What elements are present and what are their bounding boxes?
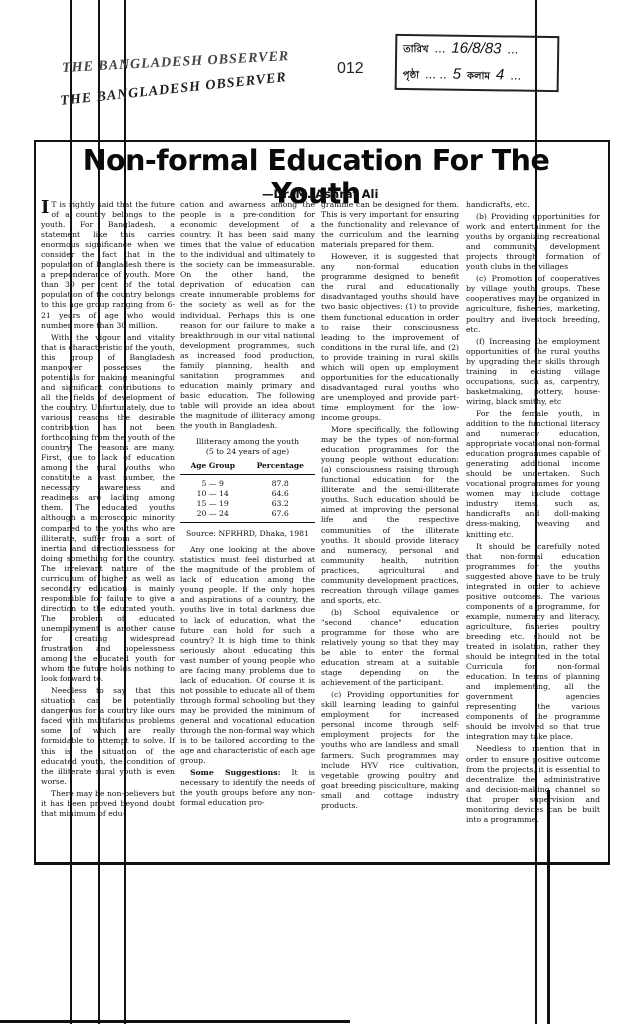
scan-artifact-line [0, 1020, 350, 1023]
drop-cap: I [41, 200, 49, 216]
paragraph: More specifically, the following may be … [321, 425, 459, 606]
table-source: Source: NFRHRD, Dhaka, 1981 [180, 529, 315, 539]
article-column-1: IT is rightly said that the future of a … [41, 200, 175, 821]
table-title: Illiteracy among the youth [180, 437, 315, 447]
table-cell: 64.6 [245, 489, 315, 499]
paragraph: (f) Increasing the employment opportunit… [466, 337, 600, 407]
paragraph: (b) School equivalence or "second chance… [321, 608, 459, 688]
table-row: 5 — 9 87.8 [180, 475, 315, 490]
paragraph: However, it is suggested that any non-fo… [321, 252, 459, 423]
article-byline: —Dr. M. Ashraf Ali [262, 187, 378, 201]
table-cell: 87.8 [245, 475, 315, 490]
column-value: 4 [496, 66, 505, 83]
paragraph: handicrafts, etc. [466, 200, 600, 210]
paragraph: It should be carefully noted that non-fo… [466, 542, 600, 743]
table-row: 15 — 19 63.2 [180, 499, 315, 509]
paragraph: Needless to say that this situation can … [41, 686, 175, 786]
paragraph: (c) Promotion of cooperatives by village… [466, 274, 600, 334]
table-cell: 10 — 14 [180, 489, 245, 499]
date-label: তারিখ [403, 42, 429, 59]
paragraph: Any one looking at the above statistics … [180, 545, 315, 766]
section-subhead: Some Suggestions: [190, 768, 280, 777]
paragraph: Needless to mention that in order to ens… [466, 744, 600, 824]
article-column-3: gramme can be designed for them. This is… [321, 200, 459, 813]
page-label: পৃষ্ঠা [403, 68, 419, 85]
paragraph: With the vigour and vitality that is cha… [41, 333, 175, 685]
column-label: কলাম [467, 69, 490, 86]
table-header: Percentage [245, 460, 315, 475]
data-table: Age Group Percentage 5 — 9 87.8 10 — 14 … [180, 460, 315, 523]
paragraph: gramme can be designed for them. This is… [321, 200, 459, 250]
paragraph: Some Suggestions: It is necessary to ide… [180, 768, 315, 808]
table-row: 20 — 24 67.6 [180, 509, 315, 523]
date-value: 16/8/83 [451, 40, 501, 58]
page-value: 5 [453, 66, 462, 83]
paragraph: cation and awarness among the people is … [180, 200, 315, 431]
table-cell: 15 — 19 [180, 499, 245, 509]
paragraph: For the female youth, in addition to the… [466, 409, 600, 540]
paragraph: (b) Providing opportunities for work and… [466, 212, 600, 272]
illiteracy-table: Illiteracy among the youth (5 to 24 year… [180, 437, 315, 539]
table-cell: 63.2 [245, 499, 315, 509]
paragraph: IT is rightly said that the future of a … [41, 200, 175, 331]
article-column-4: handicrafts, etc. (b) Providing opportun… [466, 200, 600, 827]
date-page-stamp: তারিখ ... 16/8/83 ... পৃষ্ঠা ... .. 5 কল… [395, 34, 560, 92]
table-cell: 20 — 24 [180, 509, 245, 523]
table-header: Age Group [180, 460, 245, 475]
paragraph: (c) Providing opportunities for skill le… [321, 690, 459, 811]
table-row: 10 — 14 64.6 [180, 489, 315, 499]
newspaper-stamp: THE BANGLADESH OBSERVER [60, 70, 288, 110]
table-cell: 67.6 [245, 509, 315, 523]
article-column-2: cation and awarness among the people is … [180, 200, 315, 810]
table-cell: 5 — 9 [180, 475, 245, 490]
clip-number: 012 [337, 60, 364, 78]
table-subtitle: (5 to 24 years of age) [180, 447, 315, 457]
paragraph: There may be non-believers but it has be… [41, 789, 175, 819]
